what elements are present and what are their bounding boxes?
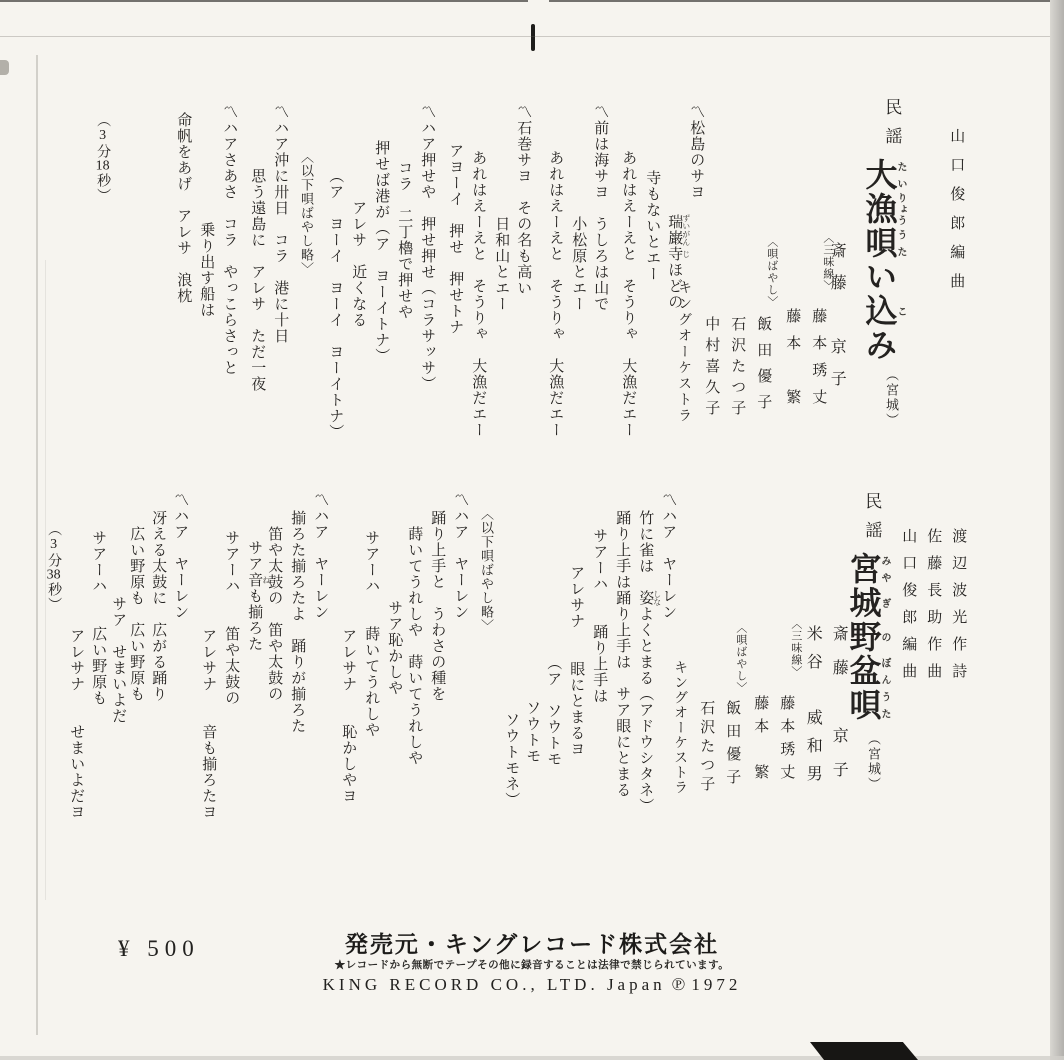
company-en-name: KING RECORD CO., LTD. Japan [323, 975, 666, 994]
scan-artifact-left-notch [0, 60, 9, 75]
scan-artifact-top-edge-left [0, 0, 528, 2]
scan-artifact-black-wedge [810, 1042, 918, 1060]
scan-edge-right [1050, 0, 1064, 1060]
price-label: ¥ 500 [118, 936, 200, 962]
record-sleeve-back: 山口俊郎編曲民謡大たい漁りょう唄うたい込こみ（宮城）斎藤 京子〈三味線〉藤本琇丈… [0, 0, 1064, 1060]
scan-artifact-fold-line [0, 36, 1064, 37]
p-in-circle-mark: ℗ [666, 974, 692, 994]
scan-artifact-top-tick [531, 24, 535, 51]
footer: 発売元・キングレコード株式会社 ★レコードから無断でテープその他に録音することは… [0, 0, 1064, 1060]
release-year: 1972 [691, 975, 741, 994]
scan-artifact-top-edge-right [549, 0, 1064, 2]
scan-artifact-left-crease-2 [45, 260, 46, 900]
scan-artifact-left-crease [36, 55, 38, 1035]
company-en-line: KING RECORD CO., LTD. Japan℗1972 [0, 974, 1064, 995]
